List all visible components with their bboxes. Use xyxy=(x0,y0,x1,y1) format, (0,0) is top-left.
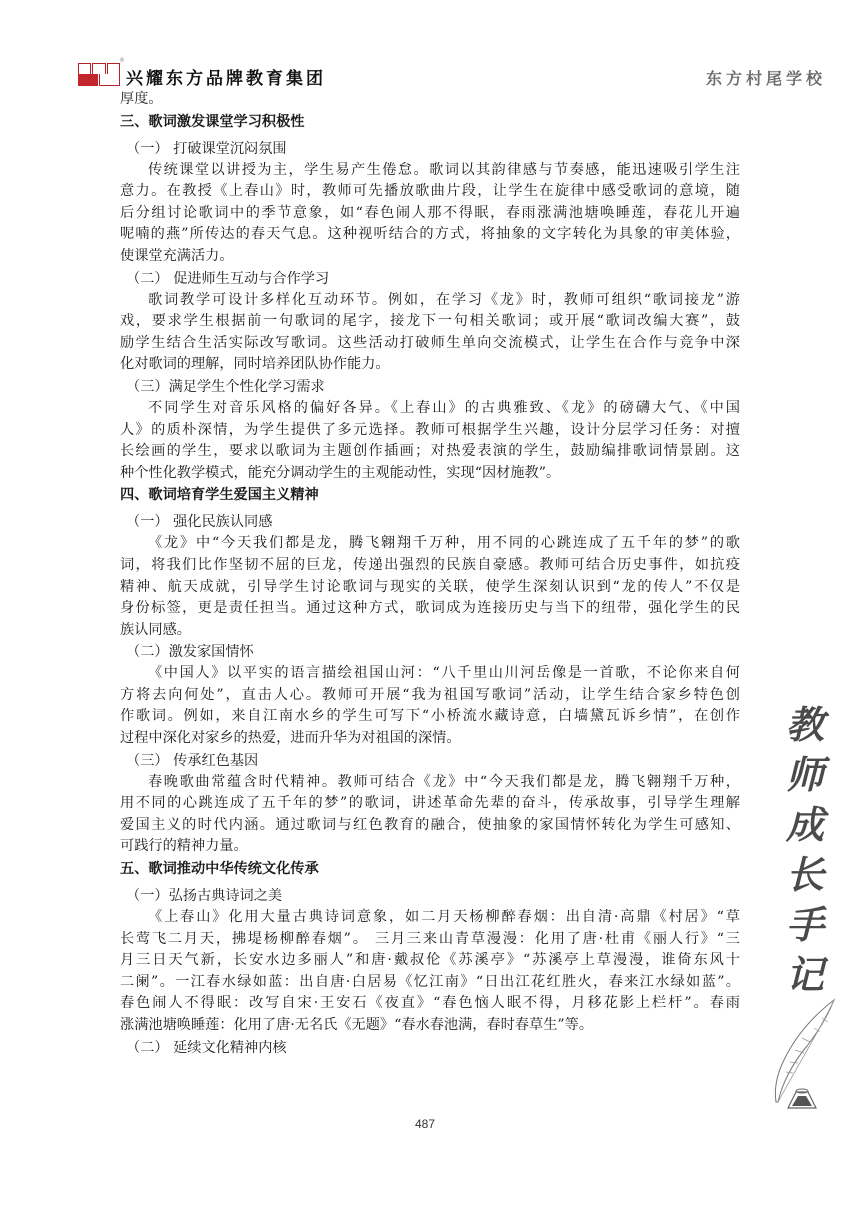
sidebar-title-char: 手 xyxy=(786,900,824,950)
paragraph-line: 用不同的心跳连成了五千年的梦”的歌词，讲述革命先辈的奋斗，传承故事，引导学生理解 xyxy=(120,793,740,815)
paragraph-line: 《龙》中“今天我们都是龙，腾飞翱翔千万种，用不同的心跳连成了五千年的梦”的歌 xyxy=(120,533,740,555)
paragraph-line: 励学生结合生活实际改写歌词。这些活动打破师生单向交流模式，让学生在合作与竞争中深 xyxy=(120,333,740,355)
paragraph-line: 呢喃的燕”所传达的春天气息。这种视听结合的方式，将抽象的文字转化为具象的审美体验… xyxy=(120,224,740,246)
paragraph-line: 不同学生对音乐风格的偏好各异。《上春山》的古典雅致、《龙》的磅礴大气、《中国 xyxy=(120,398,740,420)
sidebar-title-char: 长 xyxy=(786,850,824,900)
paragraph-line: 方将去向何处”，直击人心。教师可开展“我为祖国写歌词”活动，让学生结合家乡特色创 xyxy=(120,685,740,707)
registered-mark-icon: ® xyxy=(119,57,125,64)
section-heading: 三、歌词激发课堂学习积极性 xyxy=(120,111,740,134)
paragraph-line: 春色闹人不得眠：改写自宋·王安石《夜直》“春色恼人眠不得，月移花影上栏杆”。春雨 xyxy=(120,993,740,1015)
paragraph-line: 爱国主义的时代内涵。通过歌词与红色教育的融合，使抽象的家国情怀转化为学生可感知、 xyxy=(120,815,740,837)
document-body: 厚度。 三、歌词激发课堂学习积极性 （一） 打破课堂沉闷氛围 传统课堂以讲授为主… xyxy=(120,89,740,1059)
paragraph: 不同学生对音乐风格的偏好各异。《上春山》的古典雅致、《龙》的磅礴大气、《中国 人… xyxy=(120,398,740,484)
subsection-heading: （三）满足学生个性化学习需求 xyxy=(120,376,740,398)
page-header: ® 兴耀东方品牌教育集团 东方村尾学校 xyxy=(0,0,850,90)
section-heading: 五、歌词推动中华传统文化传承 xyxy=(120,858,740,881)
group-logo: ® xyxy=(78,63,120,87)
quill-and-inkwell-icon xyxy=(762,998,850,1123)
subsection-heading: （一） 打破课堂沉闷氛围 xyxy=(120,138,740,160)
paragraph-line: 词，将我们比作坚韧不屈的巨龙，传递出强烈的民族自豪感。教师可结合历史事件，如抗疫 xyxy=(120,555,740,577)
paragraph-line: 意力。在教授《上春山》时，教师可先播放歌曲片段，让学生在旋律中感受歌词的意境，随 xyxy=(120,181,740,203)
subsection-heading: （二）激发家国情怀 xyxy=(120,641,740,663)
paragraph-line: 使课堂充满活力。 xyxy=(120,246,740,268)
paragraph-line: 传统课堂以讲授为主，学生易产生倦怠。歌词以其韵律感与节奏感，能迅速吸引学生注 xyxy=(120,160,740,182)
paragraph-line: 可践行的精神力量。 xyxy=(120,836,740,858)
paragraph-line: 长莺飞二月天，拂堤杨柳醉春烟”。 三月三来山青草漫漫：化用了唐·杜甫《丽人行》“… xyxy=(120,929,740,951)
sidebar-art: 教 师 成 长 手 记 xyxy=(770,700,840,1000)
page-number: 487 xyxy=(0,1117,850,1131)
paragraph: 《中国人》以平实的语言描绘祖国山河：“八千里山川河岳像是一首歌，不论你来自何 方… xyxy=(120,663,740,749)
paragraph-line: 作歌词。例如，来自江南水乡的学生可写下“小桥流水藏诗意，白墙黛瓦诉乡情”，在创作 xyxy=(120,706,740,728)
subsection-heading: （二） 促进师生互动与合作学习 xyxy=(120,268,740,290)
paragraph-line: 月三日天气新，长安水边多丽人”和唐·戴叔伦《苏溪亭》“苏溪亭上草漫漫，谁倚东风十 xyxy=(120,950,740,972)
paragraph-line: 种个性化教学模式，能充分调动学生的主观能动性，实现“因材施教”。 xyxy=(120,463,740,485)
subsection-heading: （三） 传承红色基因 xyxy=(120,750,740,772)
paragraph: 传统课堂以讲授为主，学生易产生倦怠。歌词以其韵律感与节奏感，能迅速吸引学生注 意… xyxy=(120,160,740,268)
paragraph-line: 《上春山》化用大量古典诗词意象，如二月天杨柳醉春烟：出自清·高鼎《村居》“草 xyxy=(120,907,740,929)
sidebar-title-char: 师 xyxy=(786,750,824,800)
paragraph-line: 过程中深化对家乡的热爱，进而升华为对祖国的深情。 xyxy=(120,728,740,750)
paragraph-line: 精神、航天成就，引导学生讨论歌词与现实的关联，使学生深刻认识到“龙的传人”不仅是 xyxy=(120,577,740,599)
sidebar-title-char: 记 xyxy=(786,950,824,1000)
sidebar-title-char: 教 xyxy=(786,700,824,750)
subsection-heading: （一） 强化民族认同感 xyxy=(120,511,740,533)
paragraph-line: 二阑”。一江春水绿如蓝：出自唐·白居易《忆江南》“日出江花红胜火，春来江水绿如蓝… xyxy=(120,972,740,994)
paragraph: 歌词教学可设计多样化互动环节。例如，在学习《龙》时，教师可组织“歌词接龙”游 戏… xyxy=(120,290,740,376)
sidebar-title-char: 成 xyxy=(786,800,824,850)
lead-in-text: 厚度。 xyxy=(120,89,740,111)
paragraph-line: 族认同感。 xyxy=(120,620,740,642)
paragraph-line: 后分组讨论歌词中的季节意象，如“春色闹人那不得眠，春雨涨满池塘唤睡莲，春花儿开遍 xyxy=(120,203,740,225)
school-name: 东方村尾学校 xyxy=(706,66,826,89)
paragraph-line: 人》的质朴深情，为学生提供了多元选择。教师可根据学生兴趣，设计分层学习任务：对擅 xyxy=(120,420,740,442)
paragraph-line: 春晚歌曲常蕴含时代精神。教师可结合《龙》中“今天我们都是龙，腾飞翱翔千万种， xyxy=(120,772,740,794)
paragraph-line: 长绘画的学生，要求以歌词为主题创作插画；对热爱表演的学生，鼓励编排歌词情景剧。这 xyxy=(120,441,740,463)
paragraph-line: 涨满池塘唤睡莲：化用了唐·无名氏《无题》“春水春池满，春时春草生”等。 xyxy=(120,1015,740,1037)
subsection-heading: （二） 延续文化精神内核 xyxy=(120,1037,740,1059)
paragraph-line: 化对歌词的理解，同时培养团队协作能力。 xyxy=(120,354,740,376)
sidebar-title: 教 师 成 长 手 记 xyxy=(770,700,840,1000)
section-heading: 四、歌词培育学生爱国主义精神 xyxy=(120,484,740,507)
paragraph-line: 戏，要求学生根据前一句歌词的尾字，接龙下一句相关歌词；或开展“歌词改编大赛”，鼓 xyxy=(120,311,740,333)
paragraph: 春晚歌曲常蕴含时代精神。教师可结合《龙》中“今天我们都是龙，腾飞翱翔千万种， 用… xyxy=(120,772,740,858)
group-name: 兴耀东方品牌教育集团 xyxy=(126,64,326,89)
paragraph-line: 《中国人》以平实的语言描绘祖国山河：“八千里山川河岳像是一首歌，不论你来自何 xyxy=(120,663,740,685)
paragraph-line: 歌词教学可设计多样化互动环节。例如，在学习《龙》时，教师可组织“歌词接龙”游 xyxy=(120,290,740,312)
paragraph: 《龙》中“今天我们都是龙，腾飞翱翔千万种，用不同的心跳连成了五千年的梦”的歌 词… xyxy=(120,533,740,641)
paragraph-line: 身份标签，更是责任担当。通过这种方式，歌词成为连接历史与当下的纽带，强化学生的民 xyxy=(120,598,740,620)
subsection-heading: （一）弘扬古典诗词之美 xyxy=(120,885,740,907)
paragraph: 《上春山》化用大量古典诗词意象，如二月天杨柳醉春烟：出自清·高鼎《村居》“草 长… xyxy=(120,907,740,1037)
